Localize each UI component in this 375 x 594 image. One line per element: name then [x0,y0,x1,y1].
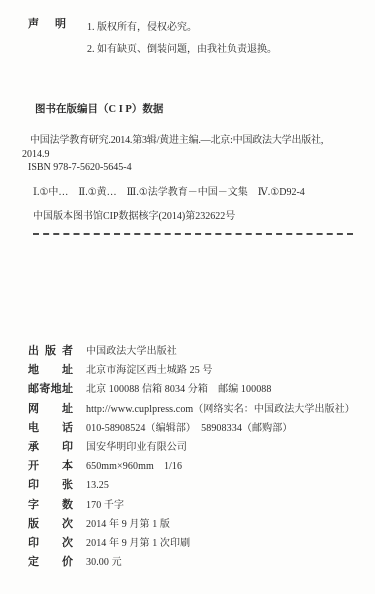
pub-row-label: 版次 [28,515,73,531]
pub-row-value: 2014 年 9 月第 1 次印刷 [86,534,190,549]
pub-row-label: 定价 [28,553,73,569]
pub-row-printer: 承印 国安华明印业有限公司 [28,438,369,457]
pub-row-format: 开本 650mm×960mm 1/16 [28,457,369,476]
pub-row-label: 出版者 [28,342,73,358]
pub-row-website: 网址 http://www.cuplpress.com（网络实名：中国政法大学出… [28,400,369,419]
pub-row-label: 印次 [28,534,73,550]
pub-row-publisher: 出版者 中国政法大学出版社 [28,342,369,361]
cip-heading: 图书在版编目（C I P）数据 [35,103,369,117]
pub-row-label: 印张 [28,476,73,492]
pub-row-value: 北京 100088 信箱 8034 分箱 邮编 100088 [86,380,272,395]
pub-row-value: 中国政法大学出版社 [86,342,177,357]
pub-row-label: 电话 [28,419,73,435]
pub-row-value: 30.00 元 [86,553,122,568]
cip-title-line-2: 2014.9 [22,148,369,162]
pub-row-label: 网址 [28,400,73,416]
pub-row-telephone: 电话 010-58908524（编辑部） 58908334（邮购部） [28,419,369,438]
pub-row-label: 地址 [28,361,73,377]
publication-info-section: 出版者 中国政法大学出版社 地址 北京市海淀区西土城路 25 号 邮寄地址 北京… [28,342,369,572]
pub-row-value: 170 千字 [86,496,124,511]
cip-paragraph: 中国法学教育研究.2014.第3辑/黄进主编.—北京:中国政法大学出版社, 20… [22,134,369,175]
pub-row-value: 13.25 [86,480,109,491]
notice-item-1: 1. 版权所有，侵权必究。 [87,17,277,39]
pub-row-price: 定价 30.00 元 [28,553,369,572]
pub-row-value: 2014 年 9 月第 1 版 [86,515,170,530]
pub-row-label: 承印 [28,438,73,454]
cip-section: 图书在版编目（C I P）数据 中国法学教育研究.2014.第3辑/黄进主编.—… [22,103,369,223]
pub-row-mailing-address: 邮寄地址 北京 100088 信箱 8034 分箱 邮编 100088 [28,380,369,399]
dashed-divider [33,233,353,235]
pub-row-address: 地址 北京市海淀区西土城路 25 号 [28,361,369,380]
pub-row-label: 开本 [28,457,73,473]
pub-row-impression: 印次 2014 年 9 月第 1 次印刷 [28,534,369,553]
pub-row-value: http://www.cuplpress.com（网络实名：中国政法大学出版社） [86,400,355,415]
notice-items: 1. 版权所有，侵权必究。 2. 如有缺页、倒装问题，由我社负责退换。 [87,17,277,61]
cip-title-line-1: 中国法学教育研究.2014.第3辑/黄进主编.—北京:中国政法大学出版社, [22,134,369,148]
notice-label: 声明 [28,17,66,32]
pub-row-value: 010-58908524（编辑部） 58908334（邮购部） [86,419,292,434]
notice-section: 声明 1. 版权所有，侵权必究。 2. 如有缺页、倒装问题，由我社负责退换。 [28,17,277,61]
pub-row-edition: 版次 2014 年 9 月第 1 版 [28,515,369,534]
pub-row-label: 邮寄地址 [28,380,73,396]
cip-record-number: 中国版本图书馆CIP数据核字(2014)第232622号 [22,210,369,223]
cip-classification: Ⅰ.①中… Ⅱ.①黄… Ⅲ.①法学教育－中国－文集 Ⅳ.①D92-4 [22,186,369,199]
pub-row-word-count: 字数 170 千字 [28,496,369,515]
pub-row-value: 650mm×960mm 1/16 [86,457,182,472]
colophon-page: 声明 1. 版权所有，侵权必究。 2. 如有缺页、倒装问题，由我社负责退换。 图… [0,0,375,594]
cip-isbn: ISBN 978-7-5620-5645-4 [22,161,369,175]
pub-row-value: 国安华明印业有限公司 [86,438,187,453]
notice-item-2: 2. 如有缺页、倒装问题，由我社负责退换。 [87,39,277,61]
pub-row-label: 字数 [28,496,73,512]
pub-row-sheets: 印张 13.25 [28,476,369,495]
pub-row-value: 北京市海淀区西土城路 25 号 [86,361,213,376]
